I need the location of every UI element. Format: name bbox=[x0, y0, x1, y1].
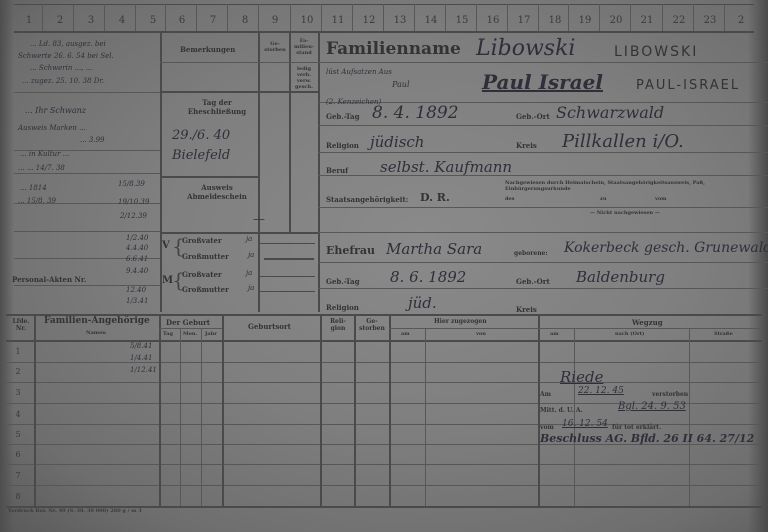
staats-label: Staatsangehörigkeit: bbox=[326, 195, 408, 204]
nachweis-vom: vom bbox=[655, 196, 667, 202]
vorname-handwritten: Paul Israel bbox=[482, 70, 603, 94]
note-line-6: Ausweis Marken ... bbox=[18, 124, 86, 132]
spouse-geb-tag-label: Geb.-Tag bbox=[326, 277, 359, 286]
grossmutter-v-value: ja bbox=[248, 251, 254, 259]
note-line-11: ... 15/8. 39 bbox=[18, 197, 56, 205]
familienname-caps: LIBOWSKI bbox=[614, 44, 698, 60]
wegzug-am-value: 22. 12. 45 bbox=[578, 386, 624, 396]
familienname-label: Familienname bbox=[326, 39, 461, 59]
col-mon: Mon. bbox=[183, 331, 197, 337]
row-nr-8: 8 bbox=[8, 492, 28, 501]
ruler-19: 19 bbox=[570, 15, 600, 26]
note-line-3: ... Schwerin ..., ... bbox=[30, 64, 92, 72]
note-date-8: 9.4.40 bbox=[126, 267, 148, 275]
col-familien: Familien-Angehörige bbox=[44, 316, 150, 326]
note-line-10: ... 1814 bbox=[20, 184, 47, 192]
row-nr-2: 2 bbox=[8, 367, 28, 376]
row-nr-7: 7 bbox=[8, 471, 28, 480]
kreis-value: Pillkallen i/O. bbox=[562, 131, 684, 152]
ruler-6: 6 bbox=[167, 15, 197, 26]
col-wegzug-am: am bbox=[550, 331, 559, 337]
ruler-5: 5 bbox=[138, 15, 168, 26]
wegzug-verstorben: verstorben bbox=[652, 391, 688, 398]
ehefrau-value: Martha Sara bbox=[386, 240, 482, 258]
row-nr-6: 6 bbox=[8, 450, 28, 459]
grossmutter-m-label: Großmutter bbox=[182, 285, 229, 294]
note-line-7: ... 3.99 bbox=[80, 136, 105, 144]
familienstand-options: ledig verh. verw. gesch. bbox=[293, 66, 315, 90]
wegzug-laut-value: Bgl. 24. 9. 53 bbox=[618, 401, 686, 412]
wegzug-laut-label: Mitt. d. U. A. bbox=[540, 407, 583, 414]
col-religion: Reli-gion bbox=[323, 318, 353, 332]
wegzug-vom-label: vom bbox=[540, 424, 554, 431]
col-namen: Namen bbox=[86, 330, 106, 336]
row-nr-5: 5 bbox=[8, 430, 28, 439]
note-date-10: 1/3.41 bbox=[126, 297, 148, 305]
beruf-label: Beruf bbox=[326, 166, 348, 175]
registration-card: 1 2 3 4 5 6 7 8 9 10 11 12 13 14 15 16 1… bbox=[0, 0, 768, 532]
vorname-note: lüst Aufsatzen Aus bbox=[326, 68, 392, 76]
ruler-2: 2 bbox=[45, 15, 75, 26]
beruf-value: selbst. Kaufmann bbox=[380, 158, 512, 176]
spouse-kreis-label: Kreis bbox=[516, 305, 537, 314]
ruler-13: 13 bbox=[385, 15, 415, 26]
geb-tag-value: 8. 4. 1892 bbox=[372, 103, 459, 123]
personal-akten-label: Personal-Akten Nr. bbox=[12, 275, 86, 284]
wegzug-am-label: Am bbox=[540, 391, 551, 398]
nachweis-text: Nachgewiesen durch Heimatschein, Staatsa… bbox=[505, 180, 760, 192]
row-nr-4: 4 bbox=[8, 410, 28, 419]
col-wegzug: Wegzug bbox=[632, 318, 663, 327]
bemerkungen-label: Bemerkungen bbox=[180, 45, 235, 54]
note-line-1: ... Ld. 83, ausgez. bei bbox=[30, 40, 106, 48]
staats-value: D. R. bbox=[420, 191, 450, 204]
ruler-20: 20 bbox=[601, 15, 631, 26]
geb-ort-label: Geb.-Ort bbox=[516, 112, 550, 121]
note-date-9: 12.40 bbox=[126, 286, 146, 294]
spouse-geb-ort-label: Geb.-Ort bbox=[516, 277, 550, 286]
note-line-5: ... Ihr Schwanz bbox=[25, 106, 86, 115]
nicht-nachgewiesen: — Nicht nachgewiesen — bbox=[590, 210, 660, 216]
vorname-caps: PAUL-ISRAEL bbox=[636, 78, 740, 93]
wegzug-fuer-tot: für tot erklärt. bbox=[612, 424, 661, 431]
note-line-4: ... zugez. 25. 10. 38 Dr. bbox=[22, 77, 104, 85]
ruler-15: 15 bbox=[447, 15, 477, 26]
col-wegzug-nach: nach (Ort) bbox=[615, 331, 644, 337]
geb-ort-value: Schwarzwald bbox=[556, 103, 664, 122]
familienname-handwritten: Libowski bbox=[476, 36, 575, 61]
ruler-14: 14 bbox=[416, 15, 446, 26]
ruler-4: 4 bbox=[107, 15, 137, 26]
note-line-2: Schwerte 26. 6. 54 bei Sel. bbox=[18, 52, 114, 60]
ruler-23: 23 bbox=[695, 15, 725, 26]
col-geburt: Der Geburt bbox=[166, 318, 210, 327]
wegzug-vom-value: 16. 12. 54 bbox=[562, 419, 608, 429]
right-shadow bbox=[748, 0, 768, 532]
note-date-6: 4.4.40 bbox=[126, 244, 148, 252]
row-note-1: 5/8.41 bbox=[130, 342, 152, 350]
grossmutter-v-label: Großmutter bbox=[182, 252, 229, 261]
ruler-10: 10 bbox=[292, 15, 322, 26]
ruler-1: 1 bbox=[14, 15, 44, 26]
wegzug-place: Riede bbox=[560, 368, 603, 386]
eheschliessung-label: Tag der Eheschließung bbox=[182, 98, 252, 116]
spouse-geb-tag-value: 8. 6. 1892 bbox=[390, 268, 466, 286]
ruler-7: 7 bbox=[198, 15, 228, 26]
geborene-value: Kokerbeck gesch. Grunewald bbox=[564, 240, 768, 256]
col-tag: Tag bbox=[163, 331, 173, 337]
familienstand-label: Fa-milien-stand bbox=[292, 38, 316, 56]
grossvater-v-value: ja bbox=[246, 235, 252, 243]
grossvater-m-label: Großvater bbox=[182, 270, 222, 279]
row-nr-3: 3 bbox=[8, 388, 28, 397]
ausweis-mark: — bbox=[253, 212, 265, 226]
note-date-3: 19/10.39 bbox=[118, 198, 149, 206]
col-gestorben: Ge-storben bbox=[357, 318, 387, 332]
note-line-9: ... ... 14/7. 38 bbox=[18, 164, 65, 172]
geb-tag-label: Geb.-Tag bbox=[326, 112, 359, 121]
col-zugezogen-von: von bbox=[476, 331, 486, 337]
ruler-12: 12 bbox=[354, 15, 384, 26]
ruler-24: 2 bbox=[726, 15, 756, 26]
col-wegzug-strasse: Straße bbox=[714, 331, 733, 337]
ausweis-label: Ausweis Abmeldeschein bbox=[182, 183, 252, 201]
row-note-2: 1/4.41 bbox=[130, 354, 152, 362]
religion-label: Religion bbox=[326, 141, 359, 150]
gestorben-label: Ge-storben bbox=[262, 41, 288, 53]
col-zugezogen-am: am bbox=[401, 331, 410, 337]
grossvater-v-label: Großvater bbox=[182, 236, 222, 245]
religion-value: jüdisch bbox=[370, 133, 424, 151]
vorname-label-hand: Paul bbox=[392, 80, 410, 89]
row-note-3: 1/12.41 bbox=[130, 366, 157, 374]
ruler-11: 11 bbox=[323, 15, 353, 26]
nachweis-zu: zu bbox=[600, 196, 606, 202]
ruler-18: 18 bbox=[540, 15, 570, 26]
ruler-3: 3 bbox=[76, 15, 106, 26]
row-nr-1: 1 bbox=[8, 347, 28, 356]
grossvater-m-value: ja bbox=[246, 269, 252, 277]
spouse-religion-value: jüd. bbox=[408, 294, 437, 312]
grossmutter-m-value: ja bbox=[248, 284, 254, 292]
kreis-label: Kreis bbox=[516, 141, 537, 150]
ruler-17: 17 bbox=[509, 15, 539, 26]
ehefrau-label: Ehefrau bbox=[326, 244, 375, 257]
ruler-21: 21 bbox=[632, 15, 662, 26]
col-zugezogen: Hier zugezogen bbox=[434, 318, 487, 325]
note-date-4: 2/12.39 bbox=[120, 212, 147, 220]
spouse-geb-ort-value: Baldenburg bbox=[576, 268, 665, 286]
wegzug-beschluss: Beschluss AG. Bfld. 26 II 64. 27/12 bbox=[540, 432, 754, 445]
eheschliessung-place: Bielefeld bbox=[172, 148, 230, 163]
col-geburtsort: Geburtsort bbox=[248, 322, 291, 331]
note-date-5: 1/2.40 bbox=[126, 234, 148, 242]
spouse-religion-label: Religion bbox=[326, 303, 359, 312]
col-lfde-nr: Lfde. Nr. bbox=[8, 318, 34, 332]
eheschliessung-date: 29./6. 40 bbox=[172, 128, 230, 143]
print-note: Vordruck Bol. Nr. 49 (S. 38. 30 000) 280… bbox=[8, 508, 142, 514]
nachweis-des: des bbox=[505, 196, 515, 202]
note-line-8: ... in Kultur ... bbox=[20, 150, 69, 158]
grosseltern-v-label: V bbox=[162, 240, 170, 251]
col-jahr: Jahr bbox=[205, 331, 217, 337]
ruler-8: 8 bbox=[230, 15, 260, 26]
note-date-2: 15/8.39 bbox=[118, 180, 145, 188]
note-date-7: 6.6.41 bbox=[126, 255, 148, 263]
geborene-label: geborene: bbox=[514, 250, 548, 257]
ruler-16: 16 bbox=[478, 15, 508, 26]
ruler-9: 9 bbox=[260, 15, 290, 26]
ruler-22: 22 bbox=[664, 15, 694, 26]
